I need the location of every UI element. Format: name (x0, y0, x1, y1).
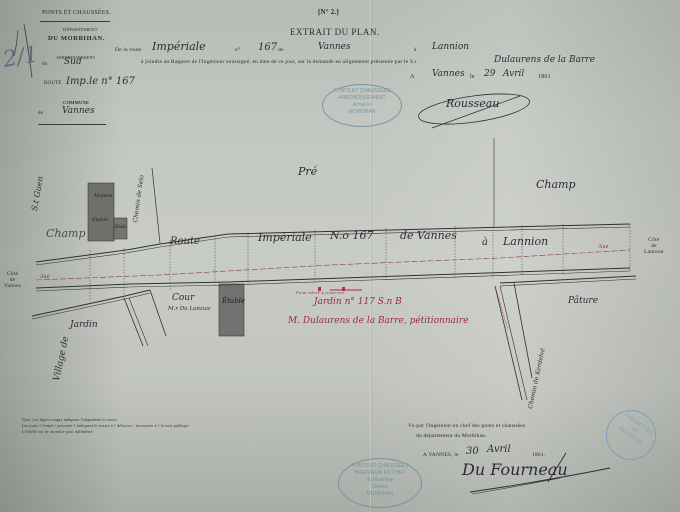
label-cour-owner: M.r Du Lanziac (168, 306, 211, 312)
owner-label: M. Dulaurens de la Barre, pétitionnaire (288, 316, 469, 326)
chief-engineer-signature: Du Fourneau (462, 460, 568, 479)
visa-line2: du département du Morbihan. (416, 433, 487, 439)
label-small-building: Étab. (115, 225, 127, 230)
request-line: à joindre au Rapport de l'Ingénieur sous… (141, 59, 417, 65)
legend-fragment: indiquent le terrain à (77, 424, 113, 428)
commune-value: Vannes (62, 106, 95, 116)
visa-month: Avril (487, 444, 511, 455)
visa-place: A VANNES, le (423, 452, 459, 458)
side-word: Lannion (644, 249, 664, 255)
date-day: 29 (484, 69, 495, 79)
parcel-label: Jardin n° 117 S.n B (314, 297, 402, 307)
arrondissement-value: Sud (64, 57, 82, 67)
date-month: Avril (503, 69, 524, 79)
axis-label-right: Axe (598, 244, 609, 250)
stamp-line: PONTS ET CHAUSSÉES (323, 88, 401, 95)
date-prefix: le (470, 74, 475, 80)
department-label: DÉPARTEMENT (63, 27, 98, 32)
commune-label: COMMUNE (63, 100, 89, 105)
visa-day: 30 (466, 446, 479, 457)
visa-line1: Vu par l'Ingénieur en chef des ponts et … (408, 423, 525, 429)
label-champ-right: Champ (536, 178, 576, 191)
legend-note: Nota. Les lignes rouges indiquent l'alig… (22, 417, 189, 435)
label-cour: Cour (172, 293, 194, 303)
road-label-number: N.o 167 (330, 229, 374, 242)
route-type: Impériale (152, 40, 206, 53)
legend-fragment: délaisser (117, 424, 132, 428)
label-champ-left: Champ (46, 227, 86, 240)
label-etable-lower: Étable (222, 297, 245, 305)
arrondissement-stamp: PONTS ET CHAUSSÉES ARRONDISSEMENT Arrivé… (322, 84, 402, 127)
road-label-imperiale: Impériale (258, 231, 312, 244)
survey-document: PONTS ET CHAUSSÉES. DÉPARTEMENT DU MORBI… (0, 0, 680, 512)
place: Vannes (432, 69, 465, 79)
line1-prefix: De la route (115, 47, 142, 53)
document-title: EXTRAIT DU PLAN. (290, 27, 380, 37)
label-paturage: Pâture (568, 296, 598, 306)
commune-prefix: de (38, 111, 43, 116)
red-note: Point relevé à conserver (296, 290, 345, 295)
number-label: n° (235, 47, 240, 53)
service-heading: PONTS ET CHAUSSÉES. (42, 10, 111, 16)
document-number: [N° 2.] (318, 8, 339, 16)
label-etable: Étable (92, 217, 108, 223)
label-maison: Maison (94, 193, 113, 199)
label-jardin-left: Jardin (70, 320, 98, 330)
legend-line: L'échelle est de un mètre pour millimètr… (22, 429, 189, 435)
to-town: Lannion (432, 42, 469, 52)
legend-fragment: Les traits (22, 424, 38, 428)
stamp-line: Arrivé le (323, 102, 401, 109)
date-year: 1861 (538, 74, 551, 80)
department-name: DU MORBIHAN. (48, 35, 105, 42)
stamp-line: ARRONDISSEMENT (323, 95, 401, 102)
stamp-line: INGÉNIEUR EN CHEF (339, 470, 421, 477)
road-label-from: de Vannes (400, 229, 457, 242)
road-label-route: Route (170, 236, 200, 247)
arrondissement-prefix: du (42, 62, 47, 67)
legend-fragment: ponctués (57, 424, 72, 428)
applicant-name: Dulaurens de la Barre (494, 55, 595, 65)
divider (40, 21, 110, 22)
legend-fragment: incorporer à (136, 424, 157, 428)
stamp-line: MORBIHAN (323, 109, 401, 116)
legend-fragment: la voie publique (161, 424, 189, 428)
stamp-line: du Morbihan (339, 477, 421, 484)
visa-year: 1861. (532, 452, 545, 458)
place-prefix: A (410, 74, 415, 80)
to-label: à (414, 47, 417, 53)
axis-label-left: Axe (40, 274, 50, 280)
side-word: Vannes (4, 283, 21, 289)
chief-engineer-stamp: PONTS ET CHAUSSÉES INGÉNIEUR EN CHEF du … (338, 458, 422, 508)
divider (38, 124, 106, 125)
route-value: Imp.le n° 167 (66, 76, 135, 87)
route-label: ROUTE (44, 81, 62, 86)
from-label: de (278, 47, 284, 53)
stamp-line: PONTS ET CHAUSSÉES (339, 463, 421, 470)
side-label-lannion: Côté de Lannion (644, 237, 664, 255)
route-number: 167 (258, 42, 277, 53)
label-pre: Pré (298, 165, 317, 178)
stamp-line: MORBIHAN (339, 491, 421, 498)
from-town: Vannes (318, 42, 351, 52)
side-label-vannes: Côté de Vannes (4, 271, 21, 289)
stamp-line: Vannes (339, 484, 421, 491)
road-label-to: Lannion (503, 235, 548, 248)
legend-fragment: fermés (42, 424, 54, 428)
road-label-a: à (482, 237, 488, 248)
engineer-signature: Rousseau (446, 97, 499, 110)
